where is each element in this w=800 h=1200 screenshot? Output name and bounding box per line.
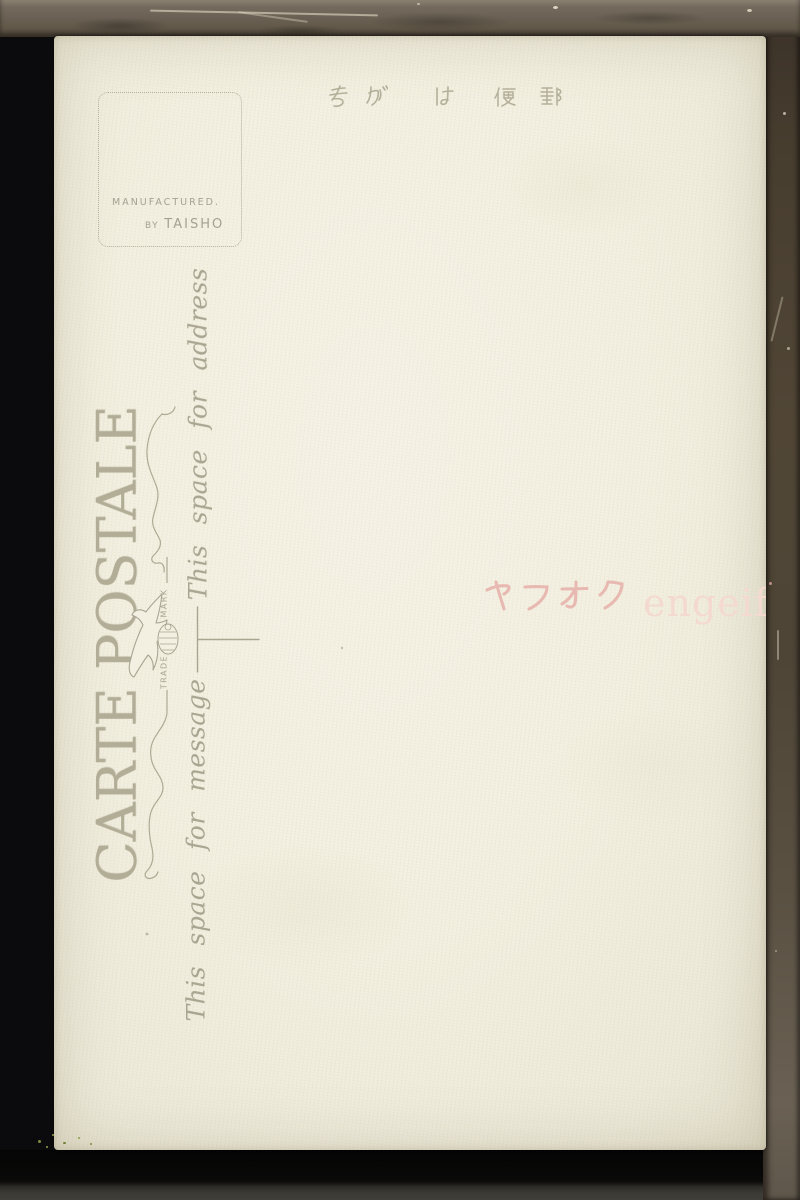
watermark-jp-text — [483, 579, 635, 611]
brand-label: TAISHO — [164, 217, 224, 232]
postal-card-header-text — [326, 84, 564, 110]
green-speck — [38, 1140, 41, 1143]
watermark: engeifan — [483, 579, 766, 625]
address-space-label: This space for address — [184, 268, 213, 601]
dust-speck — [417, 3, 420, 5]
jp-char-ga — [362, 84, 388, 110]
by-taisho-line: BY TAISHO — [145, 213, 224, 232]
carte-postale-title: CARTE POSTALE — [86, 405, 149, 883]
postcard-scan: MANUFACTURED. BY TAISHO CARTE POSTALE Th… — [0, 0, 800, 1200]
trademark-trade-label: TRADE — [160, 655, 169, 689]
jp-char-bin — [492, 84, 518, 110]
pink-speck — [769, 582, 772, 585]
wavy-rule-top — [147, 407, 175, 572]
dust-speck — [775, 950, 777, 952]
dust-speck — [747, 9, 752, 12]
jp-char-ha — [432, 84, 458, 110]
frame-right-edge — [763, 0, 800, 1200]
green-speck — [90, 1143, 92, 1145]
stamp-box: MANUFACTURED. BY TAISHO — [98, 92, 242, 247]
background-bottom-band — [0, 1150, 763, 1200]
background-left-band — [0, 30, 55, 1200]
katakana-o — [559, 579, 589, 611]
postcard-back: MANUFACTURED. BY TAISHO CARTE POSTALE Th… — [54, 36, 766, 1150]
scratch-mark — [777, 630, 779, 660]
manufactured-line: MANUFACTURED. — [112, 197, 220, 208]
paper-speck — [146, 933, 149, 936]
jp-char-ki — [326, 84, 352, 110]
address-divider-rule — [198, 607, 260, 672]
dust-speck — [787, 347, 790, 350]
green-speck — [52, 1134, 54, 1136]
paper-speck — [341, 647, 343, 649]
jp-char-yuu — [538, 84, 564, 110]
katakana-ya — [483, 579, 513, 611]
frame-top-edge — [0, 0, 800, 37]
katakana-ku — [597, 579, 627, 611]
katakana-fu — [521, 579, 551, 611]
message-space-label: This space for message — [182, 678, 211, 1021]
by-label: BY — [145, 221, 159, 231]
scratch-mark — [770, 296, 783, 341]
green-speck — [78, 1137, 80, 1139]
watermark-latin-text: engeifan — [643, 581, 766, 625]
dust-speck — [553, 6, 558, 9]
green-speck — [63, 1142, 66, 1144]
trademark-mark-label: MARK — [160, 588, 169, 617]
green-speck — [46, 1146, 48, 1148]
dust-speck — [783, 112, 786, 115]
